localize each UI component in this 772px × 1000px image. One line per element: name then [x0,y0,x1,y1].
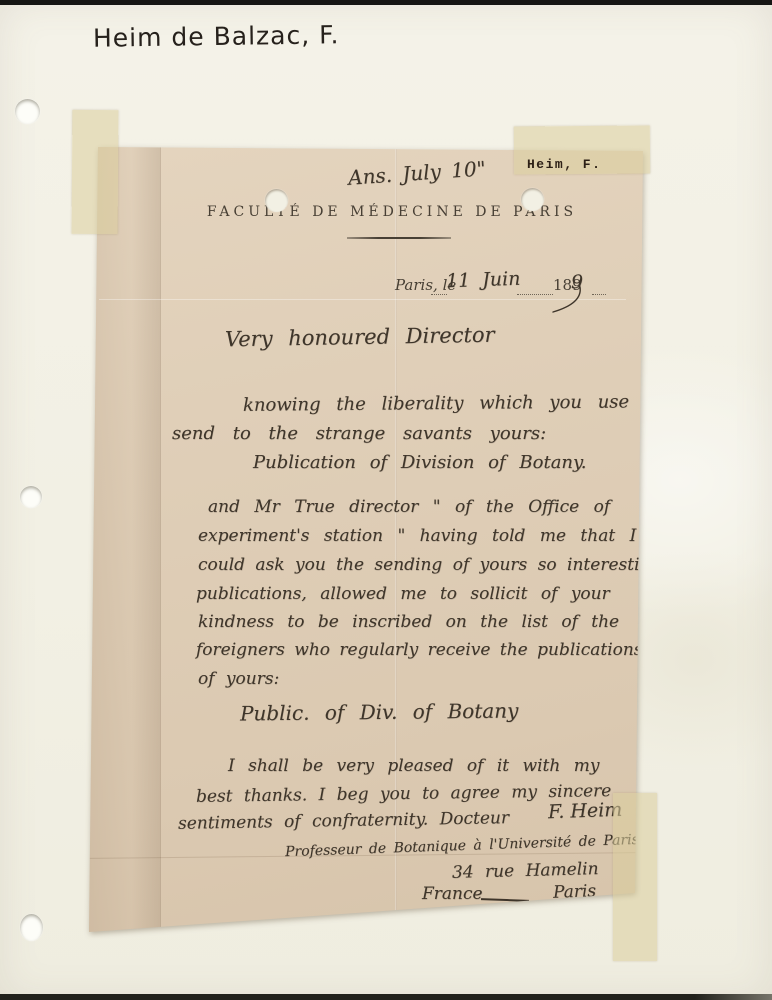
scan-border-bottom [0,994,772,1000]
punch-hole-top [15,99,40,124]
handwriting-line: sentiments of confraternity. Docteur [178,808,509,834]
answered-annotation: Ans. July 10" [347,156,486,190]
handwriting-line: Publication of Division of Botany. [253,452,587,473]
handwriting-line: publications, allowed me to sollicit of … [196,584,610,604]
salutation: Very honoured Director [225,323,495,352]
tape-bottom-right [613,793,657,961]
dateline-dots-1 [431,292,447,295]
letterhead-rule [347,237,451,239]
fold-crease-left [160,147,161,933]
fold-shading [89,147,160,933]
signature-title-line: Professeur de Botanique à l'Université d… [285,832,639,860]
signature-address-line: 34 rue Hamelin [452,859,599,883]
name-stamp: Heim, F. [527,157,601,172]
letterhead-title: FACULTÉ DE MÉDECINE DE PARIS [142,204,642,220]
letter-punch-hole-left [265,189,288,212]
letter-punch-hole-right [521,188,544,211]
handwriting-line: and Mr True director " of the Office of [208,497,610,517]
tape-top-left [72,110,119,234]
pen-dash [481,898,529,902]
archive-catalog-label: Heim de Balzac, F. [93,20,340,52]
handwriting-line: Public. of Div. of Botany [240,699,519,726]
handwriting-line: send to the strange savants yours: [172,423,546,444]
handwriting-line: of yours: [198,669,279,689]
dateline-handwritten-date: 11 Juin [446,268,521,293]
pen-flourish [550,285,590,317]
letter-document: Ans. July 10" FACULTÉ DE MÉDECINE DE PAR… [89,147,646,933]
handwriting-line: foreigners who regularly receive the pub… [196,640,643,660]
dateline-dots-3 [592,292,606,295]
scan-border-top [0,0,772,5]
handwriting-line: knowing the liberality which you use to [243,391,663,416]
handwriting-line: kindness to be inscribed on the list of … [198,612,619,632]
scanned-archive-page: Heim de Balzac, F. Ans. July 10" FACULTÉ… [0,0,772,1000]
punch-hole-middle [20,486,42,508]
letter-paper: Ans. July 10" FACULTÉ DE MÉDECINE DE PAR… [89,147,646,933]
signature-name: F. Heim [548,799,623,824]
punch-hole-bottom [20,914,43,941]
signature-city-text: Paris [553,881,597,906]
handwriting-line: I shall be very pleased of it with my [228,756,599,776]
dateline-dots-2 [517,292,553,295]
handwriting-line: experiment's station " having told me th… [198,526,636,546]
signature-country: France [422,884,483,904]
paper-edge-highlight [99,299,626,300]
signature-city: Paris [553,881,597,902]
handwriting-line: could ask you the sending of yours so in… [198,555,661,575]
